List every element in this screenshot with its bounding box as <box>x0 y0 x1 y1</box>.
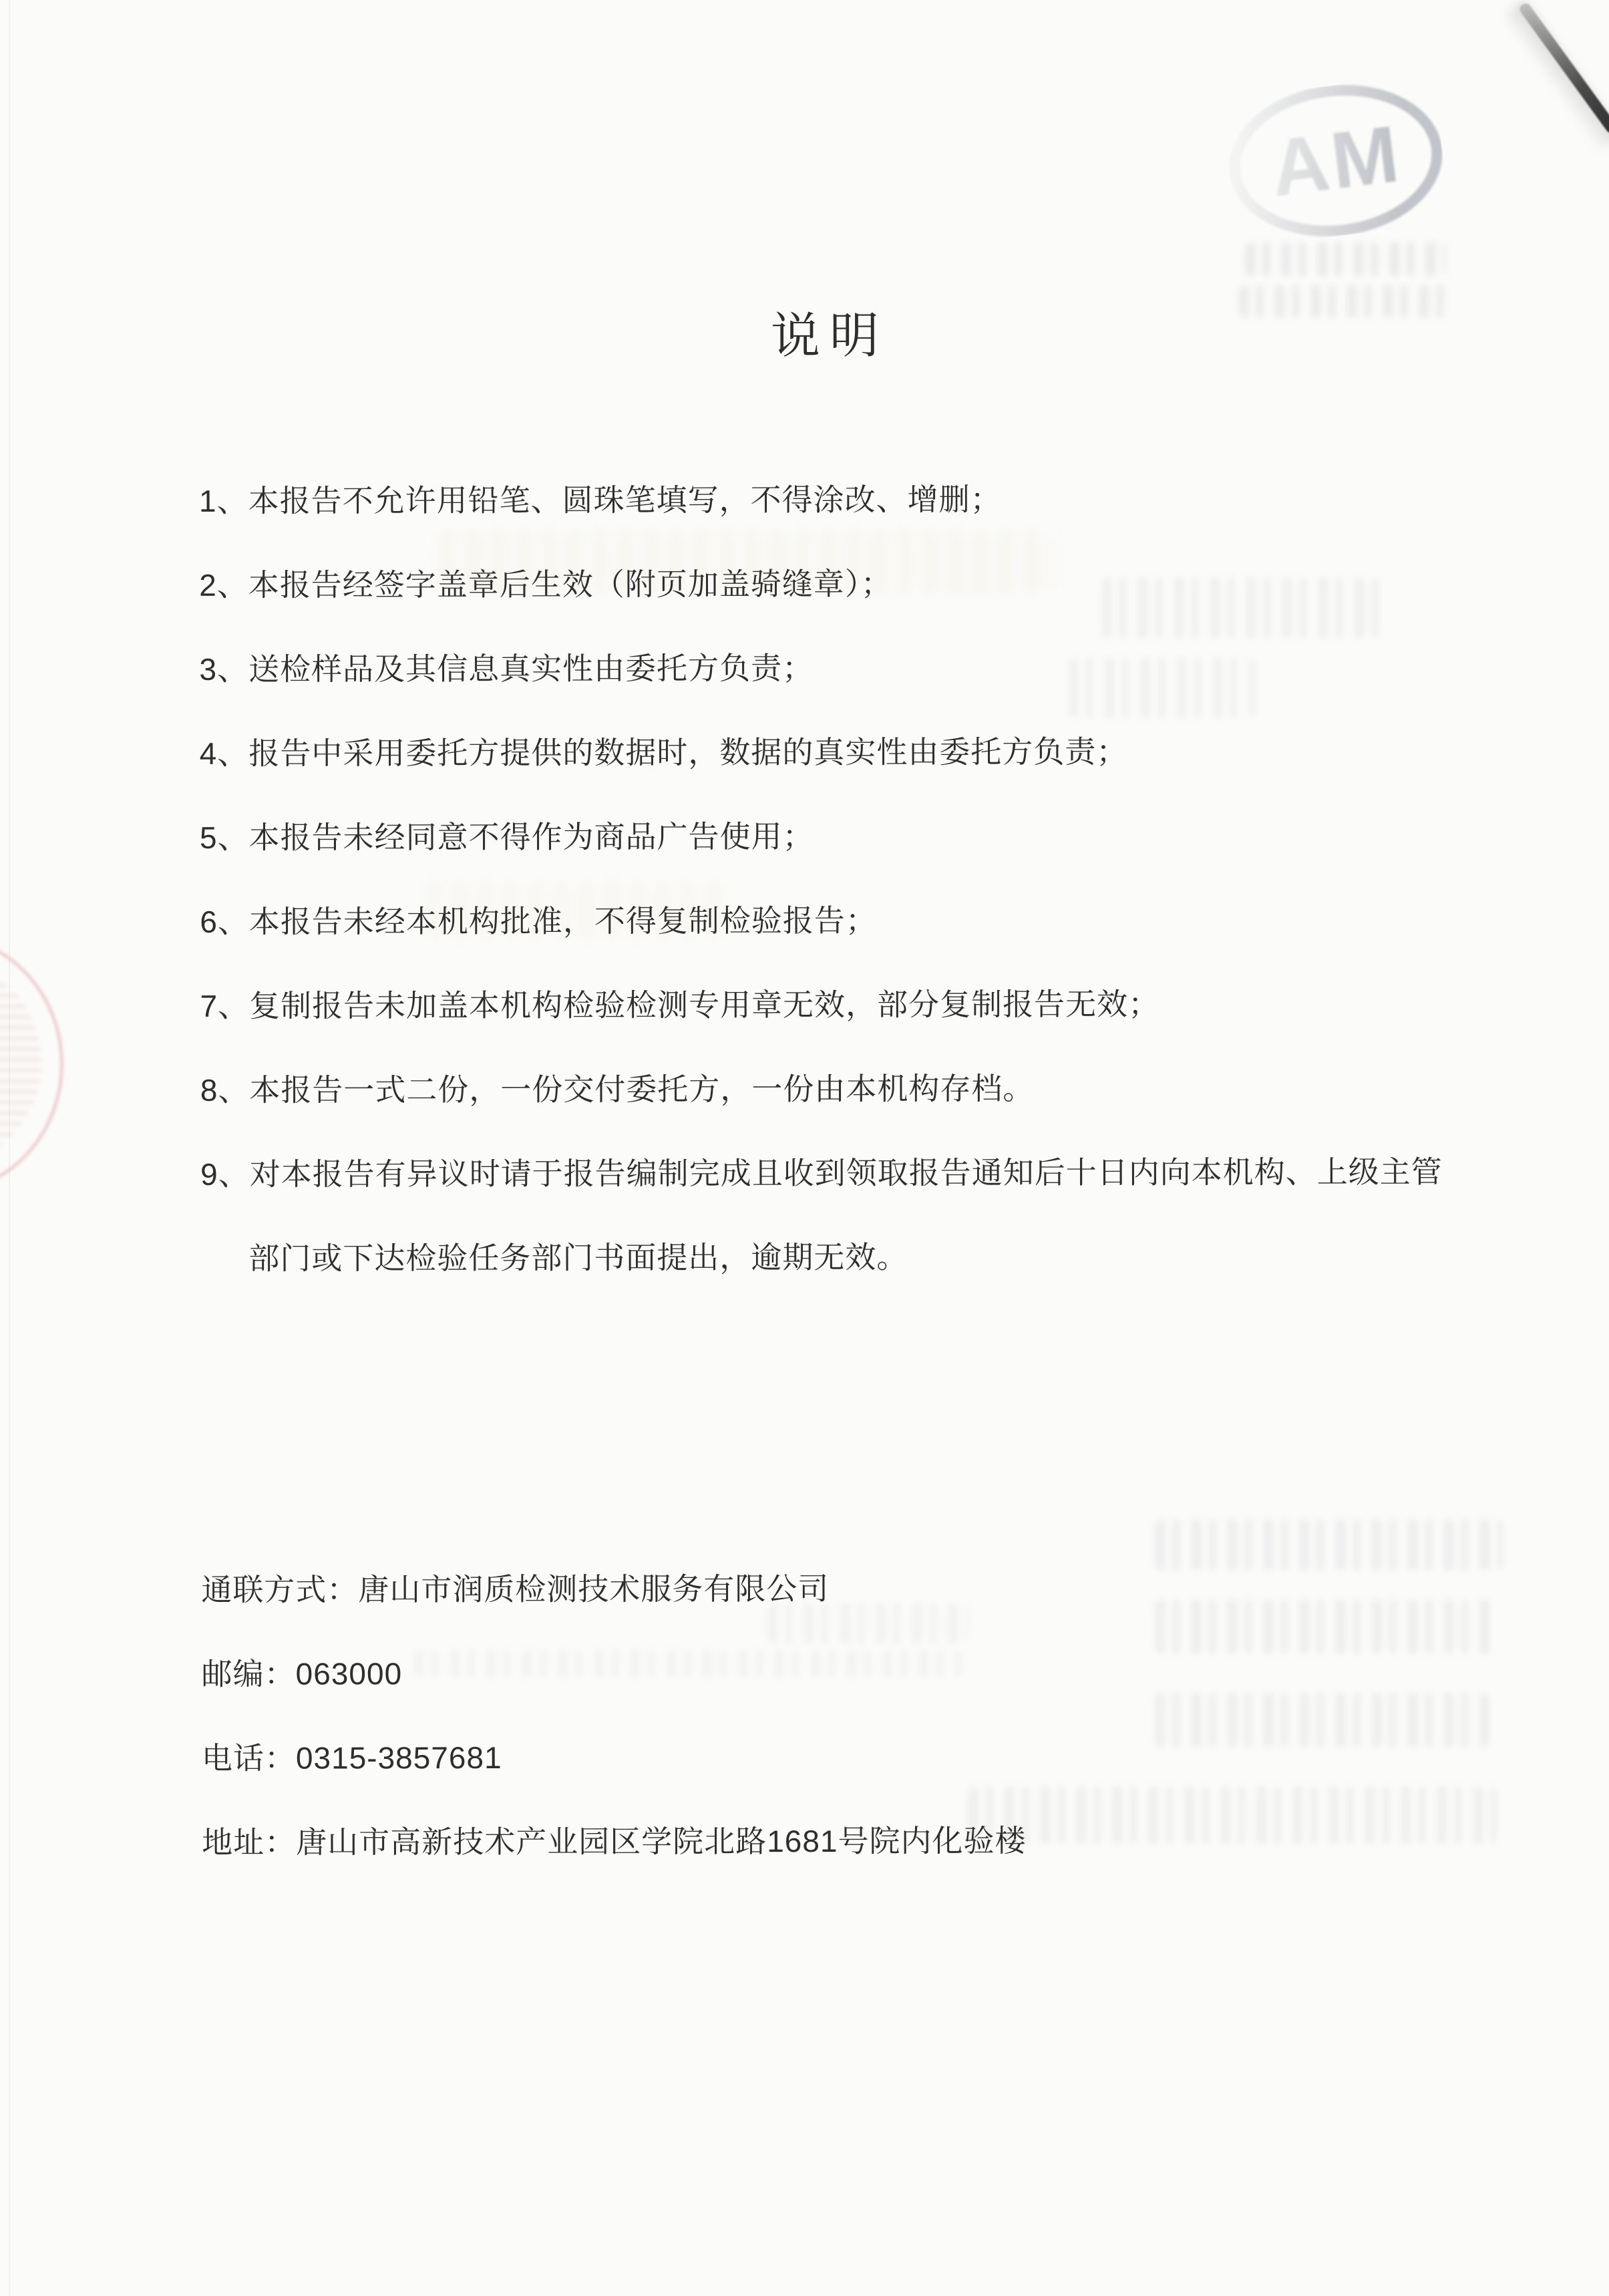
contact-line-postcode: 邮编：063000 <box>202 1627 1410 1714</box>
note-line-6: 6、本报告未经本机构批准，不得复制检验报告； <box>200 875 1528 962</box>
note-line-2: 2、本报告经签字盖章后生效（附页加盖骑缝章）； <box>199 538 1528 625</box>
note-line-5: 5、本报告未经同意不得作为商品广告使用； <box>200 791 1528 878</box>
contact-line-company: 通联方式：唐山市润质检测技术服务有限公司 <box>201 1543 1409 1630</box>
contact-block: 通联方式：唐山市润质检测技术服务有限公司 邮编：063000 电话：0315-3… <box>201 1543 1410 1882</box>
note-line-7: 7、复制报告未加盖本机构检验检测专用章无效，部分复制报告无效； <box>200 959 1528 1046</box>
note-line-1: 1、本报告不允许用铅笔、圆珠笔填写，不得涂改、增删； <box>199 454 1528 541</box>
note-line-8: 8、本报告一式二份，一份交付委托方，一份由本机构存档。 <box>200 1043 1529 1130</box>
note-line-4: 4、报告中采用委托方提供的数据时，数据的真实性由委托方负责； <box>200 707 1528 794</box>
note-line-3: 3、送检样品及其信息真实性由委托方负责； <box>199 623 1528 709</box>
note-line-9-continued: 部门或下达检验任务部门书面提出，逾期无效。 <box>200 1212 1529 1299</box>
notes-list: 1、本报告不允许用铅笔、圆珠笔填写，不得涂改、增删； 2、本报告经签字盖章后生效… <box>199 454 1530 1299</box>
contact-line-phone: 电话：0315-3857681 <box>202 1711 1410 1798</box>
note-line-9: 9、对本报告有异议时请于报告编制完成且收到领取报告通知后十日内向本机构、上级主管 <box>200 1128 1529 1214</box>
scanned-report-notes-page: AM 说明 1、本报告不允许用铅笔、圆珠笔填写，不得涂改、增删； 2、本报告经签… <box>0 0 1609 2296</box>
document-content: 说明 1、本报告不允许用铅笔、圆珠笔填写，不得涂改、增删； 2、本报告经签字盖章… <box>0 0 1609 2296</box>
contact-line-address: 地址：唐山市高新技术产业园区学院北路1681号院内化验楼 <box>202 1796 1410 1882</box>
page-title: 说明 <box>771 297 888 374</box>
